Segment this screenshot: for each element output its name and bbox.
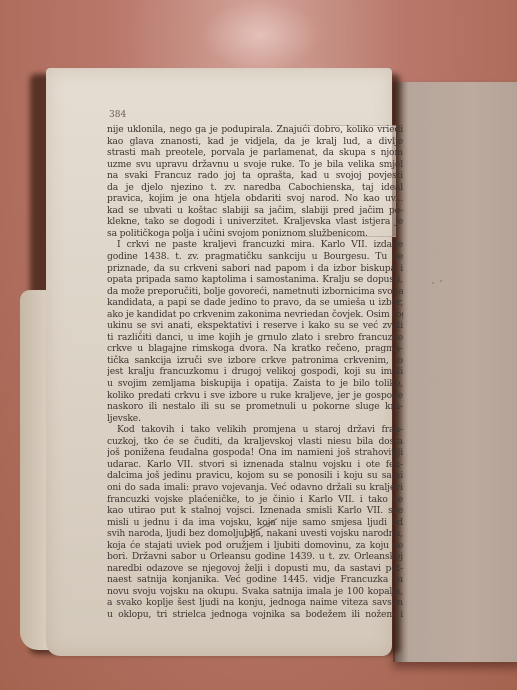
text-line: nije uklonila, nego ga je podupirala. Zn… xyxy=(107,124,403,136)
text-line: koja će stajati uviek pod oružjem i ljub… xyxy=(107,540,403,552)
text-line: u oklopu, tri strielca jednoga vojnika s… xyxy=(107,609,403,621)
text-line: godine 1438. t. zv. pragmatičku sankciju… xyxy=(107,251,403,263)
text-line: francuzki vojske plaćeničke, to je činio… xyxy=(107,494,403,506)
floor-light-reflection xyxy=(200,0,320,70)
paper-spot xyxy=(432,282,434,284)
text-line: naredbi odazove se njegovoj želji i dopu… xyxy=(107,563,403,575)
text-line: još ponižena feudalna gospoda! Ona im na… xyxy=(107,447,403,459)
text-line: ukinu se svi anati, ekspektativi i reser… xyxy=(107,320,403,332)
paper-spot xyxy=(140,330,142,332)
paragraph-start-line: Kod takovih i tako velikih promjena u st… xyxy=(107,424,403,436)
text-line: pravica, kojim je ona htjela obdariti sv… xyxy=(107,193,403,205)
paper-spot xyxy=(258,580,260,582)
text-line: priznade, da su crkveni sabori nad papom… xyxy=(107,263,403,275)
text-line: u svojim zemljama biskupija i opatija. Z… xyxy=(107,378,403,390)
text-line: bori. Državni sabor u Orleansu godine 14… xyxy=(107,551,403,563)
page-number: 384 xyxy=(109,110,126,120)
text-line: misli u jednu i da ima vojsku, koja nije… xyxy=(107,517,403,529)
text-line: ako je kandidat po crkvenim zakonima nev… xyxy=(107,309,403,321)
text-line: oni do sada imali: pravo vojevanja. Već … xyxy=(107,482,403,494)
text-line: udarac. Karlo VII. stvori si iznenada st… xyxy=(107,459,403,471)
text-line: ti različiti danci, u ime kojih je grnul… xyxy=(107,332,403,344)
text-line: tička sankcija izruči sve izbore crkve p… xyxy=(107,355,403,367)
text-line: kao utirao put k stalnoj vojsci. Iznenad… xyxy=(107,505,403,517)
text-line: ljevske. xyxy=(107,413,403,425)
text-line: cuzkoj, tko će se čuditi, da kraljevskoj… xyxy=(107,436,403,448)
text-line: klekne, tako se dogodi i univerzitet. Kr… xyxy=(107,216,403,228)
text-line: strasti mah preotele, porvala je parlame… xyxy=(107,147,403,159)
text-line: koliko predati crkvu i sve izbore u ruke… xyxy=(107,390,403,402)
text-line: kao glava znanosti, kad je vidjela, da j… xyxy=(107,136,403,148)
text-line: opata pripada samo kaptolima i samostani… xyxy=(107,274,403,286)
text-line: da može preporučiti, bolje govoreći, nam… xyxy=(107,286,403,298)
text-line: sa političkoga polja i učini svojom poni… xyxy=(107,228,403,240)
book-back-cover xyxy=(395,82,517,662)
text-line: na svaki Francuz rado joj ta oprašta, ka… xyxy=(107,170,403,182)
text-line: naest satnija konjanika. Već godine 1445… xyxy=(107,574,403,586)
text-line: naskoro ili nestalo ili su se prometnuli… xyxy=(107,401,403,413)
paper-spot xyxy=(440,280,442,282)
text-line: jest kralju francuzkomu i drugoj velikoj… xyxy=(107,366,403,378)
paragraph-start-line: I crkvi ne paste kraljevi francuzki mira… xyxy=(107,239,403,251)
text-line: uzme svu upravu državnu u svoje ruke. To… xyxy=(107,159,403,171)
text-line: kandidata, a papi se dade jedino to prav… xyxy=(107,297,403,309)
text-line: a svako koplje šest ljudi na konju, jedn… xyxy=(107,597,403,609)
page-text: nije uklonila, nego ga je podupirala. Zn… xyxy=(107,124,403,621)
text-line: novu svoju vojsku na okupu. Svaka satnij… xyxy=(107,586,403,598)
text-line: da je djelo njezino t. zv. naredba Caboc… xyxy=(107,182,403,194)
text-line: dalcima još jedinu pravicu, kojom su se … xyxy=(107,470,403,482)
text-line: crkve u blagajne rimskoga dvora. Na krat… xyxy=(107,343,403,355)
text-line: kad se ubvati u koštac slabiji sa jačim,… xyxy=(107,205,403,217)
